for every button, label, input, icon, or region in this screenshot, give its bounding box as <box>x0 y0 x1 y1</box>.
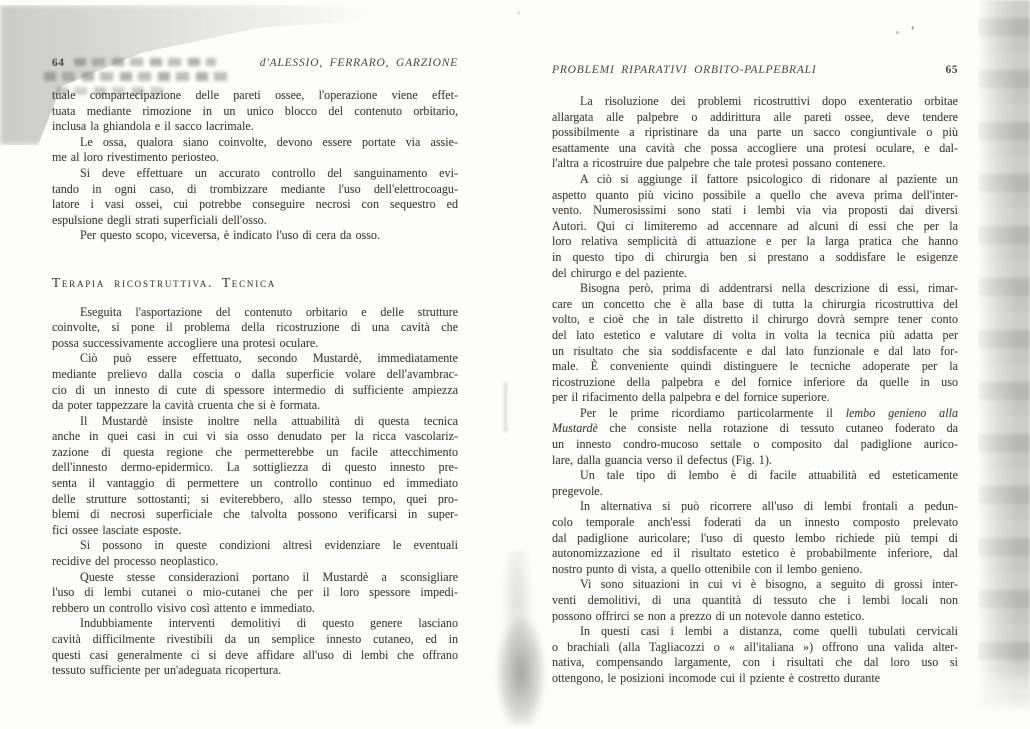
paragraph: Ciò può essere effettuato, secondo Musta… <box>52 351 458 413</box>
text-line: senta il vantaggio di permettere un cont… <box>52 476 458 492</box>
text-line: o brachiali (alla Tagliacozzi o « all'it… <box>552 640 958 656</box>
running-head-left: 64 d'ALESSIO, FERRARO, GARZIONE <box>52 57 458 70</box>
running-head-right: PROBLEMI RIPARATIVI ORBITO-PALPEBRALI 65 <box>552 64 958 77</box>
text-line: cavità difficilmente rivestibili da un s… <box>52 632 458 648</box>
section-heading: Terapia ricostruttiva. Tecnica <box>52 275 458 291</box>
text-line: da poter tappezzare la cavità cruenta ch… <box>52 398 458 414</box>
paragraph: Un tale tipo di lembo è di facile attuab… <box>552 468 958 499</box>
paragraph: Vi sono situazioni in cui vi è bisogno, … <box>552 577 958 624</box>
text-line: rebbero un controllo visivo così attento… <box>52 601 458 617</box>
text-line: tando in ogni caso, di trombizzare media… <box>52 182 458 198</box>
text-line: Un tale tipo di lembo è di facile attuab… <box>552 468 958 484</box>
text-line: inclusa la ghiandola e il sacco lacrimal… <box>52 119 458 135</box>
paragraph: La risoluzione dei problemi ricostruttiv… <box>552 94 958 172</box>
text-line: Indubbiamente interventi demolitivi di q… <box>52 616 458 632</box>
italic-text: lembo genieno alla <box>846 406 958 420</box>
text-line: Per questo scopo, viceversa, è indicato … <box>52 228 458 244</box>
text-line: possibilmente a ripristinare da una part… <box>552 125 958 141</box>
text-line: Queste stesse considerazioni portano il … <box>52 570 458 586</box>
page-left: 64 d'ALESSIO, FERRARO, GARZIONE tuale co… <box>52 57 458 679</box>
text-line: l'uso di lembi cutanei o mio-cutanei che… <box>52 585 458 601</box>
text-line: male. È conveniente quindi distinguere l… <box>552 359 958 375</box>
text-line: espulsione degli strati superficiali del… <box>52 213 458 229</box>
text-line: In alternativa si può ricorrere all'uso … <box>552 499 958 515</box>
text-line: possa successivamente accogliere una pro… <box>52 336 458 352</box>
text-line: zazione di questa regione che permettere… <box>52 445 458 461</box>
text-line: volto, e cioè che in tale distretto il c… <box>552 312 958 328</box>
text-line: loro relativa semplicità di attuazione e… <box>552 234 958 250</box>
text-line: In questi casi i lembi a distanza, come … <box>552 624 958 640</box>
text-line: l'altra a ricostruire due palpebre che t… <box>552 156 958 172</box>
text-line: Eseguita l'asportazione del contenuto or… <box>52 305 458 321</box>
page-body-left: tuale compartecipazione delle pareti oss… <box>52 88 458 679</box>
text-line: del chirurgo e del paziente. <box>552 266 958 282</box>
text-line: coinvolte, si pone il problema della ric… <box>52 320 458 336</box>
paragraph: Per questo scopo, viceversa, è indicato … <box>52 228 458 244</box>
gutter-shadow <box>492 550 552 725</box>
paragraph: Le ossa, qualora siano coinvolte, devono… <box>52 135 458 166</box>
text-line: tessuto sufficiente per un'adeguata rico… <box>52 663 458 679</box>
text-line: del lato estetico e valutare di volta in… <box>552 328 958 344</box>
text-line: me al loro rivestimento periosteo. <box>52 150 458 166</box>
book-scan: , , 64 d'ALESSIO, FERRARO, GARZIONE tual… <box>0 0 1030 729</box>
running-head-title: PROBLEMI RIPARATIVI ORBITO-PALPEBRALI <box>552 64 817 76</box>
text-line: questi casi generalmente ci si deve affi… <box>52 648 458 664</box>
page-right: PROBLEMI RIPARATIVI ORBITO-PALPEBRALI 65… <box>552 64 958 687</box>
paragraph: In alternativa si può ricorrere all'uso … <box>552 499 958 577</box>
text-line: Le ossa, qualora siano coinvolte, devono… <box>52 135 458 151</box>
text-line: in questo tipo di chirurgia ben si prest… <box>552 250 958 266</box>
text-line: ricostruzione della palpebra e del forni… <box>552 375 958 391</box>
text-line: dell'innesto dermo-epidermico. La sottig… <box>52 460 458 476</box>
text-line: A ciò si aggiunge il fattore psicologico… <box>552 172 958 188</box>
text-line: La risoluzione dei problemi ricostruttiv… <box>552 94 958 110</box>
text-line: tuata mediante rimozione in un unico blo… <box>52 104 458 120</box>
stray-ink-dot <box>896 31 899 34</box>
text-line: per il rifacimento della palpebra e del … <box>552 390 958 406</box>
text-line: nostro punto di vista, a quello ottenibi… <box>552 562 958 578</box>
stray-ink-mark: , <box>911 17 915 33</box>
text-line: nativa, compensando largamente, con i ri… <box>552 655 958 671</box>
text-line: blemi di necrosi superficiale che talvol… <box>52 507 458 523</box>
text-line: tuale compartecipazione delle pareti oss… <box>52 88 458 104</box>
text-line: latore i vasi ossei, cui potrebbe conseg… <box>52 197 458 213</box>
text-line: vento. Numerosissimi sono stati i lembi … <box>552 203 958 219</box>
scan-edge-right <box>978 0 1030 712</box>
paragraph: Indubbiamente interventi demolitivi di q… <box>52 616 458 678</box>
text-line: Si deve effettuare un accurato controllo… <box>52 166 458 182</box>
text-line: Autori. Qui ci limiteremo ad accennare a… <box>552 219 958 235</box>
text-line: care un concetto che è alla base di tutt… <box>552 297 958 313</box>
text-line: lare, dalla guancia verso il defectus (F… <box>552 453 958 469</box>
paragraph: Si possono in queste condizioni altresì … <box>52 538 458 569</box>
paragraph: Si deve effettuare un accurato controllo… <box>52 166 458 228</box>
text-line: Si possono in queste condizioni altresì … <box>52 538 458 554</box>
text-line: Bisogna però, prima di addentrarsi nella… <box>552 281 958 297</box>
text-line: fici ossee lasciate esposte. <box>52 523 458 539</box>
text-line: venti demolitivi, di una quantità di tes… <box>552 593 958 609</box>
text-line: colo temporale anch'essi foderati da un … <box>552 515 958 531</box>
text-line: mediante prelievo dalla coscia o dalla s… <box>52 367 458 383</box>
text-line: possono offrirci se non a prezzo di un n… <box>552 609 958 625</box>
paragraph: tuale compartecipazione delle pareti oss… <box>52 88 458 135</box>
page-body-right: La risoluzione dei problemi ricostruttiv… <box>552 94 958 687</box>
text-line: anche in quei casi in cui vi sia osso de… <box>52 429 458 445</box>
text-line: un risultato che sia soddisfacente e dal… <box>552 344 958 360</box>
text-line: aspetto quanto più vicino possibile a qu… <box>552 188 958 204</box>
text-line: delle strutture sottostanti; si evitereb… <box>52 492 458 508</box>
page-number-left: 64 <box>52 57 65 69</box>
italic-text: Mustardè <box>552 421 598 435</box>
text-line: Il Mustardè insiste inoltre nella attuab… <box>52 414 458 430</box>
paragraph: Per le prime ricordiamo particolarmente … <box>552 406 958 468</box>
page-number-right: 65 <box>946 64 959 76</box>
text-line: Mustardè che consiste nella rotazione di… <box>552 421 958 437</box>
paragraph: Eseguita l'asportazione del contenuto or… <box>52 305 458 352</box>
stray-ink-mark: , <box>517 2 521 18</box>
text-line: autonomizzazione ed il risultato estetic… <box>552 546 958 562</box>
paragraph: Queste stesse considerazioni portano il … <box>52 570 458 617</box>
text-line: pregevole. <box>552 484 958 500</box>
text-line: dal padiglione auricolare; l'uso di ques… <box>552 531 958 547</box>
text-line: recidive del processo neoplastico. <box>52 554 458 570</box>
paragraph: Bisogna però, prima di addentrarsi nella… <box>552 281 958 406</box>
paragraph: A ciò si aggiunge il fattore psicologico… <box>552 172 958 281</box>
gutter-streak <box>504 382 507 432</box>
running-head-authors: d'ALESSIO, FERRARO, GARZIONE <box>260 57 458 69</box>
text-line: Per le prime ricordiamo particolarmente … <box>552 406 958 422</box>
text-line: un innesto condro-mucoso settale o compo… <box>552 437 958 453</box>
text-line: ottengono, le posizioni incomode cui il … <box>552 671 958 687</box>
text-line: esattamente una cavità che possa accogli… <box>552 141 958 157</box>
text-line: cio di un innesto di cute di spessore in… <box>52 383 458 399</box>
paragraph: In questi casi i lembi a distanza, come … <box>552 624 958 686</box>
text-line: Ciò può essere effettuato, secondo Musta… <box>52 351 458 367</box>
text-line: allargata alle palpebre o addirittura al… <box>552 110 958 126</box>
text-line: Vi sono situazioni in cui vi è bisogno, … <box>552 577 958 593</box>
paragraph: Il Mustardè insiste inoltre nella attuab… <box>52 414 458 539</box>
